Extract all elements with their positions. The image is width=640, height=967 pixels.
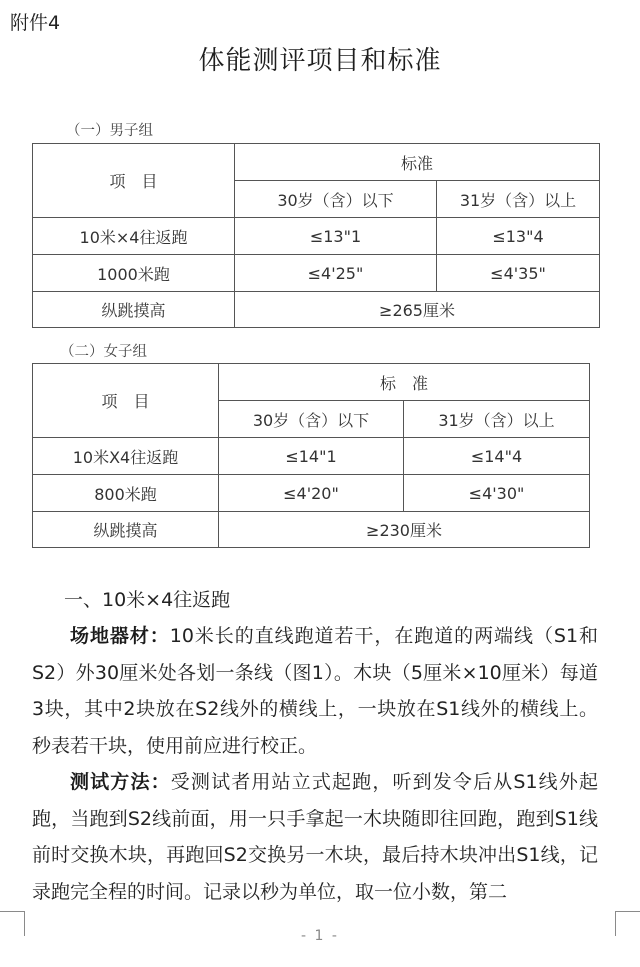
header-item: 项 目 <box>33 144 235 218</box>
paragraph-label-equipment: 场地器材： <box>70 625 170 647</box>
row-value-merged: ≥230厘米 <box>219 512 590 548</box>
header-standard: 标准 <box>235 144 600 181</box>
table-row: 10米X4往返跑 ≤14"1 ≤14"4 <box>33 438 590 475</box>
group-label-women: （二）女子组 <box>60 340 147 361</box>
header-age-30-below: 30岁（含）以下 <box>235 181 437 218</box>
table-row: 800米跑 ≤4'20" ≤4'30" <box>33 475 590 512</box>
paragraph-method: 测试方法：受测试者用站立式起跑，听到发令后从S1线外起跑，当跑到S2线前面，用一… <box>32 764 598 910</box>
row-value-30-below: ≤14"1 <box>219 438 404 475</box>
row-value-merged: ≥265厘米 <box>235 292 600 328</box>
row-value-31-above: ≤13"4 <box>437 218 600 255</box>
header-age-31-above: 31岁（含）以上 <box>404 401 590 438</box>
row-value-31-above: ≤4'35" <box>437 255 600 292</box>
standards-table-women: 项 目 标 准 30岁（含）以下 31岁（含）以上 10米X4往返跑 ≤14"1… <box>32 363 590 548</box>
row-value-31-above: ≤4'30" <box>404 475 590 512</box>
row-item: 800米跑 <box>33 475 219 512</box>
page-number: - 1 - <box>0 928 640 944</box>
attachment-label: 附件4 <box>10 8 60 35</box>
header-standard: 标 准 <box>219 364 590 401</box>
row-value-30-below: ≤13"1 <box>235 218 437 255</box>
section-heading: 一、10米×4往返跑 <box>64 585 230 612</box>
table-row: 纵跳摸高 ≥265厘米 <box>33 292 600 328</box>
group-label-men: （一）男子组 <box>66 119 153 140</box>
row-item: 10米X4往返跑 <box>33 438 219 475</box>
table-row: 1000米跑 ≤4'25" ≤4'35" <box>33 255 600 292</box>
standards-table-men: 项 目 标准 30岁（含）以下 31岁（含）以上 10米×4往返跑 ≤13"1 … <box>32 143 600 328</box>
paragraph-label-method: 测试方法： <box>70 771 171 793</box>
table-row: 纵跳摸高 ≥230厘米 <box>33 512 590 548</box>
header-item: 项 目 <box>33 364 219 438</box>
paragraph-equipment: 场地器材：10米长的直线跑道若干，在跑道的两端线（S1和S2）外30厘米处各划一… <box>32 618 598 764</box>
header-age-31-above: 31岁（含）以上 <box>437 181 600 218</box>
row-item: 纵跳摸高 <box>33 512 219 548</box>
row-value-30-below: ≤4'20" <box>219 475 404 512</box>
row-item: 纵跳摸高 <box>33 292 235 328</box>
row-item: 1000米跑 <box>33 255 235 292</box>
header-age-30-below: 30岁（含）以下 <box>219 401 404 438</box>
row-value-31-above: ≤14"4 <box>404 438 590 475</box>
row-item: 10米×4往返跑 <box>33 218 235 255</box>
row-value-30-below: ≤4'25" <box>235 255 437 292</box>
table-row: 10米×4往返跑 ≤13"1 ≤13"4 <box>33 218 600 255</box>
document-title: 体能测评项目和标准 <box>0 40 640 77</box>
